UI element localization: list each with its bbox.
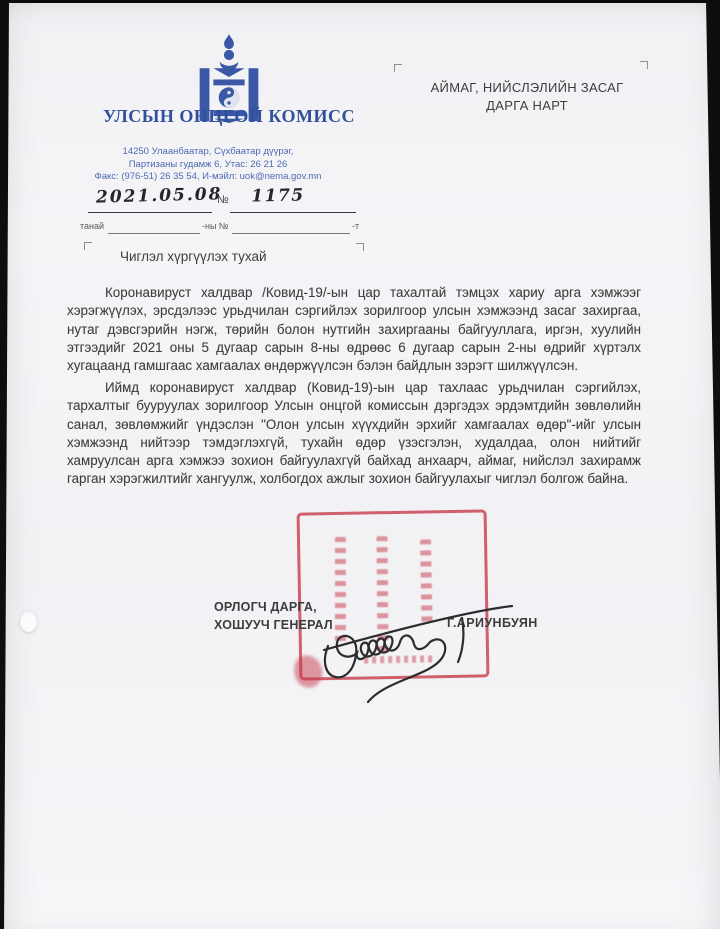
addressee-corner-mark-open <box>394 64 402 72</box>
number-sign-label: № <box>217 194 229 206</box>
addressee-line-1: АЙМАГ, НИЙСЛЭЛИЙН ЗАСАГ <box>396 79 658 97</box>
organization-name: УЛСЫН ОНЦГОЙ КОМИСС <box>64 106 394 127</box>
handwritten-letter-number: 1175 <box>238 185 318 206</box>
address-line-3: Факс: (976-51) 26 35 54, И-мэйл: uok@nem… <box>58 171 358 184</box>
photo-edge-top <box>0 0 720 3</box>
date-underline <box>88 212 212 213</box>
subject-corner-mark-open <box>84 242 92 250</box>
hole-punch-mark <box>20 611 37 632</box>
your-ref-blank-line <box>108 233 200 234</box>
number-underline <box>230 212 356 213</box>
your-ref-number-label: -ны № <box>202 221 229 231</box>
handwritten-signature <box>312 582 522 708</box>
subject-corner-mark-close <box>356 243 364 251</box>
handwritten-date: 2021.05.08 <box>96 184 216 207</box>
addressee-line-2: ДАРГА НАРТ <box>396 97 658 115</box>
letterhead-address: 14250 Улаанбаатар, Сүхбаатар дүүрэг, Пар… <box>58 146 358 184</box>
photo-edge-right <box>706 0 720 929</box>
your-ref-number-blank-line <box>232 233 350 234</box>
address-line-1: 14250 Улаанбаатар, Сүхбаатар дүүрэг, <box>58 146 358 159</box>
body-paragraph-2: Иймд коронавируст халдвар (Ковид-19)-ын … <box>67 379 641 489</box>
addressee-corner-mark-close <box>640 61 648 69</box>
address-line-2: Партизаны гудамж 6, Утас: 26 21 26 <box>58 159 358 172</box>
your-ref-suffix: -т <box>352 221 359 231</box>
addressee-block: АЙМАГ, НИЙСЛЭЛИЙН ЗАСАГ ДАРГА НАРТ <box>396 79 658 114</box>
photo-edge-left <box>0 0 9 929</box>
scanned-letter-page: УЛСЫН ОНЦГОЙ КОМИСС 14250 Улаанбаатар, С… <box>0 0 720 929</box>
body-paragraph-1: Коронавируст халдвар /Ковид-19/-ын цар т… <box>67 284 641 375</box>
subject-line: Чиглэл хүргүүлэх тухай <box>120 249 267 264</box>
your-ref-label: танай <box>80 221 104 231</box>
